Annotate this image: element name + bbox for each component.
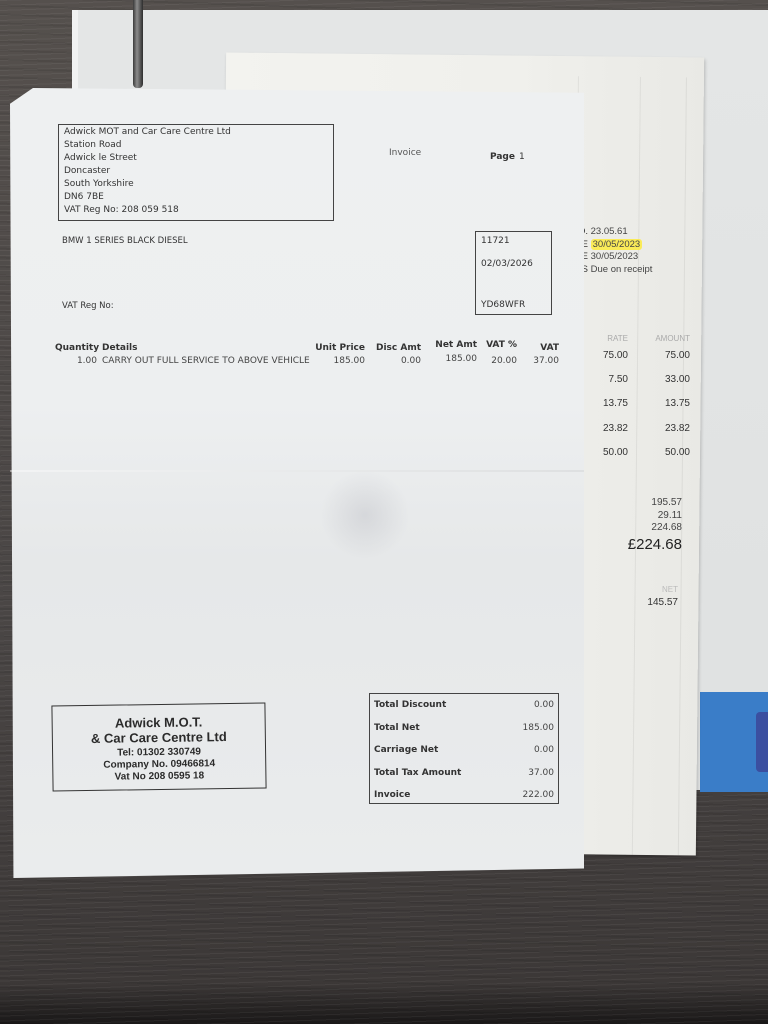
totals-label: Total Discount bbox=[374, 700, 446, 710]
receipt-terms-row: MS Due on receipt bbox=[560, 264, 720, 277]
totals-value: 185.00 bbox=[523, 723, 555, 733]
totals-row: Carriage Net0.00 bbox=[370, 739, 558, 762]
totals-label: Total Net bbox=[374, 723, 420, 733]
receipt-line: 23.8223.82 bbox=[580, 416, 700, 440]
company-stamp: Adwick M.O.T. & Car Care Centre Ltd Tel:… bbox=[51, 703, 266, 792]
receipt-meta: NO. 23.05.61 TE 30/05/2023 TE 30/05/2023… bbox=[560, 226, 720, 276]
line-items-header: Quantity Details Unit Price Disc Amt Net… bbox=[55, 343, 560, 353]
cell-net-amt: 185.00 bbox=[421, 354, 477, 364]
page-indicator: Page1 bbox=[490, 152, 525, 162]
receipt-totals: 195.57 29.11 224.68 £224.68 bbox=[600, 497, 682, 555]
receipt-lines-header: RATE AMOUNT bbox=[580, 334, 700, 343]
line-items-table: Quantity Details Unit Price Disc Amt Net… bbox=[55, 343, 560, 366]
totals-row: Invoice222.00 bbox=[370, 784, 558, 807]
blue-folder-tab bbox=[756, 712, 768, 772]
address-line: Adwick le Street bbox=[64, 152, 328, 165]
totals-label: Carriage Net bbox=[374, 745, 438, 755]
totals-row: Total Tax Amount37.00 bbox=[370, 762, 558, 785]
cell-vat-percent: 20.00 bbox=[477, 356, 517, 366]
receipt-lines: RATE AMOUNT 75.0075.007.5033.0013.7513.7… bbox=[580, 334, 700, 465]
address-line: Station Road bbox=[64, 139, 328, 152]
receipt-line: 13.7513.75 bbox=[580, 392, 700, 416]
table-row: 1.00CARRY OUT FULL SERVICE TO ABOVE VEHI… bbox=[55, 356, 560, 366]
totals-value: 0.00 bbox=[534, 745, 554, 755]
invoice-date: 02/03/2026 bbox=[481, 259, 533, 269]
cell-quantity: 1.00 bbox=[55, 356, 97, 366]
receipt-due-date-row: TE 30/05/2023 bbox=[560, 251, 720, 264]
cell-unit-price: 185.00 bbox=[307, 356, 365, 366]
address-line: South Yorkshire bbox=[64, 178, 328, 191]
invoice-reference-box: 11721 02/03/2026 YD68WFR bbox=[475, 231, 552, 315]
receipt-subtotal: 195.57 bbox=[600, 497, 682, 510]
receipt-number-row: NO. 23.05.61 bbox=[560, 226, 720, 239]
totals-value: 0.00 bbox=[534, 700, 554, 710]
totals-label: Total Tax Amount bbox=[374, 768, 461, 778]
invoice-title: Invoice bbox=[389, 148, 421, 158]
receipt-line: 75.0075.00 bbox=[580, 343, 700, 367]
paper-smudge bbox=[320, 470, 410, 560]
address-line: DN6 7BE bbox=[64, 191, 328, 204]
invoice-number: 11721 bbox=[481, 236, 510, 246]
cell-details: CARRY OUT FULL SERVICE TO ABOVE VEHICLE bbox=[97, 356, 307, 366]
address-line: Adwick MOT and Car Care Centre Ltd bbox=[64, 126, 328, 139]
customer-vat-reg-label: VAT Reg No: bbox=[62, 301, 114, 311]
cell-vat: 37.00 bbox=[517, 356, 559, 366]
vehicle-description: BMW 1 SERIES BLACK DIESEL bbox=[62, 236, 188, 246]
totals-row: Total Discount0.00 bbox=[370, 694, 558, 717]
vehicle-registration: YD68WFR bbox=[481, 300, 525, 310]
blue-folder bbox=[700, 692, 768, 792]
invoice-totals-box: Total Discount0.00Total Net185.00Carriag… bbox=[369, 693, 559, 804]
receipt-total-display: £224.68 bbox=[600, 535, 682, 555]
receipt-vat: 29.11 bbox=[600, 510, 682, 523]
receipt-date-row: TE 30/05/2023 bbox=[560, 239, 720, 252]
totals-row: Total Net185.00 bbox=[370, 717, 558, 740]
pen bbox=[133, 0, 143, 88]
receipt-line: 7.5033.00 bbox=[580, 367, 700, 391]
receipt-net: NET 145.57 bbox=[620, 585, 678, 608]
receipt-line: 50.0050.00 bbox=[580, 441, 700, 465]
totals-label: Invoice bbox=[374, 790, 410, 800]
receipt-total: 224.68 bbox=[600, 522, 682, 535]
address-line: Doncaster bbox=[64, 165, 328, 178]
cell-disc-amt: 0.00 bbox=[365, 356, 421, 366]
address-line: VAT Reg No: 208 059 518 bbox=[64, 204, 328, 217]
page-number: 1 bbox=[519, 152, 525, 162]
highlighted-date: 30/05/2023 bbox=[591, 239, 643, 250]
totals-value: 37.00 bbox=[528, 768, 554, 778]
totals-value: 222.00 bbox=[523, 790, 555, 800]
paper-crease bbox=[10, 470, 584, 472]
company-address-box: Adwick MOT and Car Care Centre LtdStatio… bbox=[58, 124, 334, 221]
